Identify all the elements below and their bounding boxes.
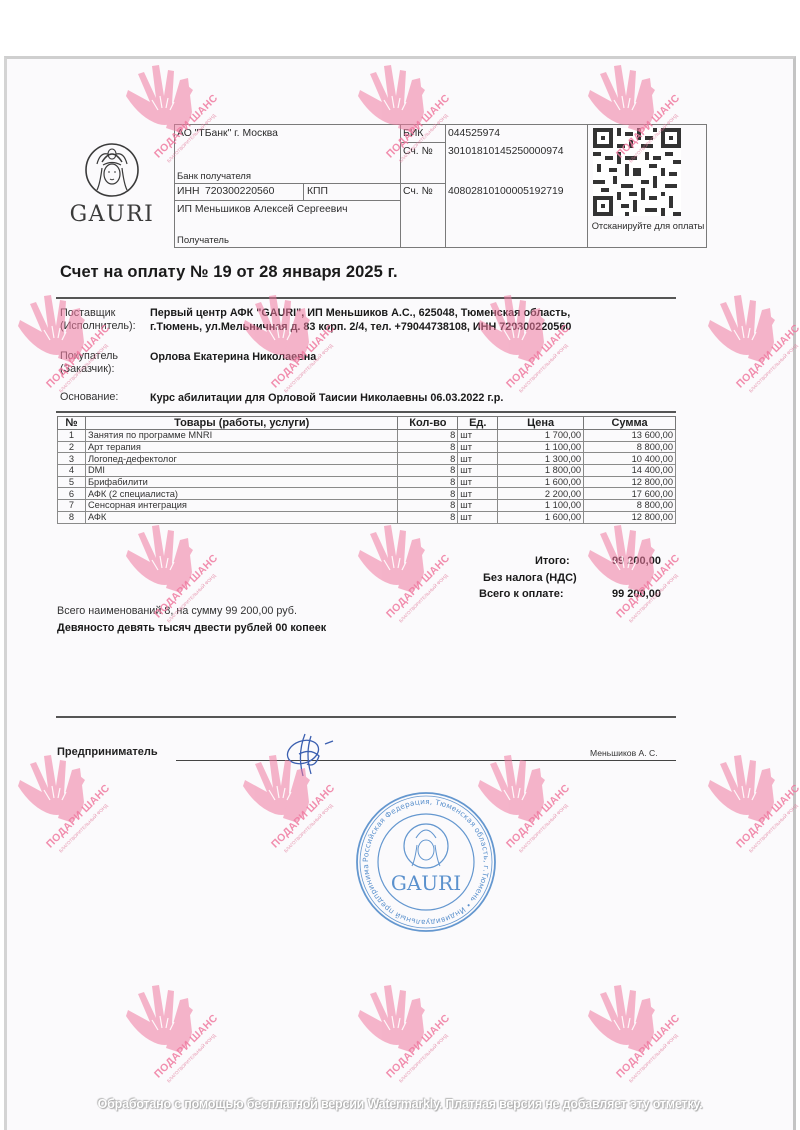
divider (56, 297, 676, 299)
column-header: Товары (работы, услуги) (85, 417, 397, 430)
table-cell: шт (458, 500, 498, 512)
signer-role: Предприниматель (57, 746, 158, 758)
recipient-label: Получатель (177, 235, 229, 246)
buyer-label: Покупатель (Заказчик): (60, 350, 118, 376)
column-header: Сумма (584, 417, 676, 430)
table-cell: шт (458, 476, 498, 488)
vat-label: Без налога (НДС) (483, 572, 577, 584)
signer-name: Меньшиков А. С. (590, 748, 658, 758)
buyer-value: Орлова Екатерина Николаевна (150, 350, 316, 364)
table-cell: 3 (58, 453, 86, 465)
bik-label: БИК (403, 128, 423, 139)
table-row: 7Сенсорная интеграция8шт1 100,008 800,00 (58, 500, 676, 512)
table-cell: 8 (398, 488, 458, 500)
supplier-label: Поставщик (Исполнитель): (60, 307, 136, 333)
table-header-row: №Товары (работы, услуги)Кол-воЕд.ЦенаСум… (58, 417, 676, 430)
corr-account-value: 30101810145250000974 (448, 146, 564, 157)
table-cell: DMI (85, 465, 397, 477)
table-cell: Брифабилити (85, 476, 397, 488)
buyer-label-line1: Покупатель (60, 350, 118, 363)
column-header: Цена (498, 417, 584, 430)
amount-in-words: Девяносто девять тысяч двести рублей 00 … (57, 622, 326, 634)
table-cell: 1 300,00 (498, 453, 584, 465)
table-cell: 8 (398, 453, 458, 465)
table-cell: 1 600,00 (498, 476, 584, 488)
table-cell: 12 800,00 (584, 476, 676, 488)
table-cell: 14 400,00 (584, 465, 676, 477)
column-header: № (58, 417, 86, 430)
footer-watermark-note: Обработано с помощью бесплатной версии W… (0, 1097, 800, 1111)
table-cell: АФК (85, 511, 397, 523)
items-table: №Товары (работы, услуги)Кол-воЕд.ЦенаСум… (57, 416, 676, 524)
table-cell: 2 (58, 441, 86, 453)
supplier-value: Первый центр АФК "GAURI", ИП Меньшиков А… (150, 306, 571, 334)
inn-value: 720300220560 (205, 186, 274, 197)
table-row: 5Брифабилити8шт1 600,0012 800,00 (58, 476, 676, 488)
bank-details-table: АО "ТБанк" г. Москва Банк получателя ИНН… (174, 124, 707, 248)
inn-label: ИНН (177, 186, 199, 197)
table-cell: 8 (398, 476, 458, 488)
total-value: 99 200,00 (612, 555, 661, 567)
table-cell: шт (458, 441, 498, 453)
bank-label: Банк получателя (177, 171, 251, 182)
company-stamp: Российская Федерация, Тюменская область,… (354, 790, 498, 934)
gauri-woman-logo-icon (64, 140, 160, 200)
table-cell: 10 400,00 (584, 453, 676, 465)
account-value: 40802810100005192719 (448, 186, 564, 197)
table-cell: 1 600,00 (498, 511, 584, 523)
table-cell: 1 (58, 430, 86, 442)
account-label: Сч. № (403, 186, 433, 197)
summary-count: Всего наименований 8, на сумму 99 200,00… (57, 605, 297, 617)
qr-code-icon (593, 128, 681, 216)
stamp-center-text: GAURI (391, 871, 461, 895)
corr-account-label: Сч. № (403, 146, 433, 157)
table-cell: Арт терапия (85, 441, 397, 453)
bank-name: АО "ТБанк" г. Москва (177, 128, 278, 139)
table-row: 6АФК (2 специалиста)8шт2 200,0017 600,00 (58, 488, 676, 500)
table-cell: 8 (398, 465, 458, 477)
table-cell: 12 800,00 (584, 511, 676, 523)
table-cell: 17 600,00 (584, 488, 676, 500)
supplier-label-line2: (Исполнитель): (60, 320, 136, 333)
table-cell: 8 800,00 (584, 441, 676, 453)
basis-label: Основание: (60, 391, 118, 404)
table-cell: Сенсорная интеграция (85, 500, 397, 512)
table-cell: 8 (398, 441, 458, 453)
gauri-logo: GAURI (64, 140, 160, 235)
qr-caption: Отсканируйте для оплаты (589, 220, 707, 232)
table-cell: шт (458, 488, 498, 500)
table-cell: 8 800,00 (584, 500, 676, 512)
kpp-label: КПП (307, 186, 328, 197)
table-cell: Логопед-дефектолог (85, 453, 397, 465)
table-cell: 4 (58, 465, 86, 477)
table-cell: 13 600,00 (584, 430, 676, 442)
column-header: Ед. (458, 417, 498, 430)
table-cell: Занятия по программе MNRI (85, 430, 397, 442)
table-row: 2Арт терапия8шт1 100,008 800,00 (58, 441, 676, 453)
divider (56, 716, 676, 718)
table-cell: 2 200,00 (498, 488, 584, 500)
total-label: Итого: (535, 555, 570, 567)
recipient-name: ИП Меньшиков Алексей Сергеевич (177, 204, 348, 215)
table-cell: 6 (58, 488, 86, 500)
table-row: 3Логопед-дефектолог8шт1 300,0010 400,00 (58, 453, 676, 465)
basis-value: Курс абилитации для Орловой Таисии Никол… (150, 391, 503, 405)
stamp-icon: Российская Федерация, Тюменская область,… (354, 790, 498, 934)
supplier-line2: г.Тюмень, ул.Мельничная д. 83 корп. 2/4,… (150, 320, 571, 334)
signature-line (176, 760, 676, 761)
table-row: 4DMI8шт1 800,0014 400,00 (58, 465, 676, 477)
table-cell: шт (458, 430, 498, 442)
table-cell: 8 (398, 430, 458, 442)
supplier-line1: Первый центр АФК "GAURI", ИП Меньшиков А… (150, 306, 571, 320)
bik-value: 044525974 (448, 128, 500, 139)
table-cell: 1 800,00 (498, 465, 584, 477)
table-cell: 8 (58, 511, 86, 523)
table-cell: 8 (398, 511, 458, 523)
table-row: 1Занятия по программе MNRI8шт1 700,0013 … (58, 430, 676, 442)
column-header: Кол-во (398, 417, 458, 430)
payable-value: 99 200,00 (612, 588, 661, 600)
supplier-label-line1: Поставщик (60, 307, 136, 320)
buyer-label-line2: (Заказчик): (60, 363, 118, 376)
table-cell: шт (458, 453, 498, 465)
table-cell: шт (458, 511, 498, 523)
table-cell: 1 100,00 (498, 441, 584, 453)
divider (56, 411, 676, 413)
signature-icon (275, 724, 355, 784)
table-row: 8АФК8шт1 600,0012 800,00 (58, 511, 676, 523)
table-cell: 1 700,00 (498, 430, 584, 442)
table-cell: 8 (398, 500, 458, 512)
table-cell: 7 (58, 500, 86, 512)
table-cell: шт (458, 465, 498, 477)
page-title: Счет на оплату № 19 от 28 января 2025 г. (60, 263, 398, 282)
table-cell: 5 (58, 476, 86, 488)
logo-text: GAURI (64, 202, 160, 227)
table-cell: АФК (2 специалиста) (85, 488, 397, 500)
payable-label: Всего к оплате: (479, 588, 564, 600)
table-cell: 1 100,00 (498, 500, 584, 512)
